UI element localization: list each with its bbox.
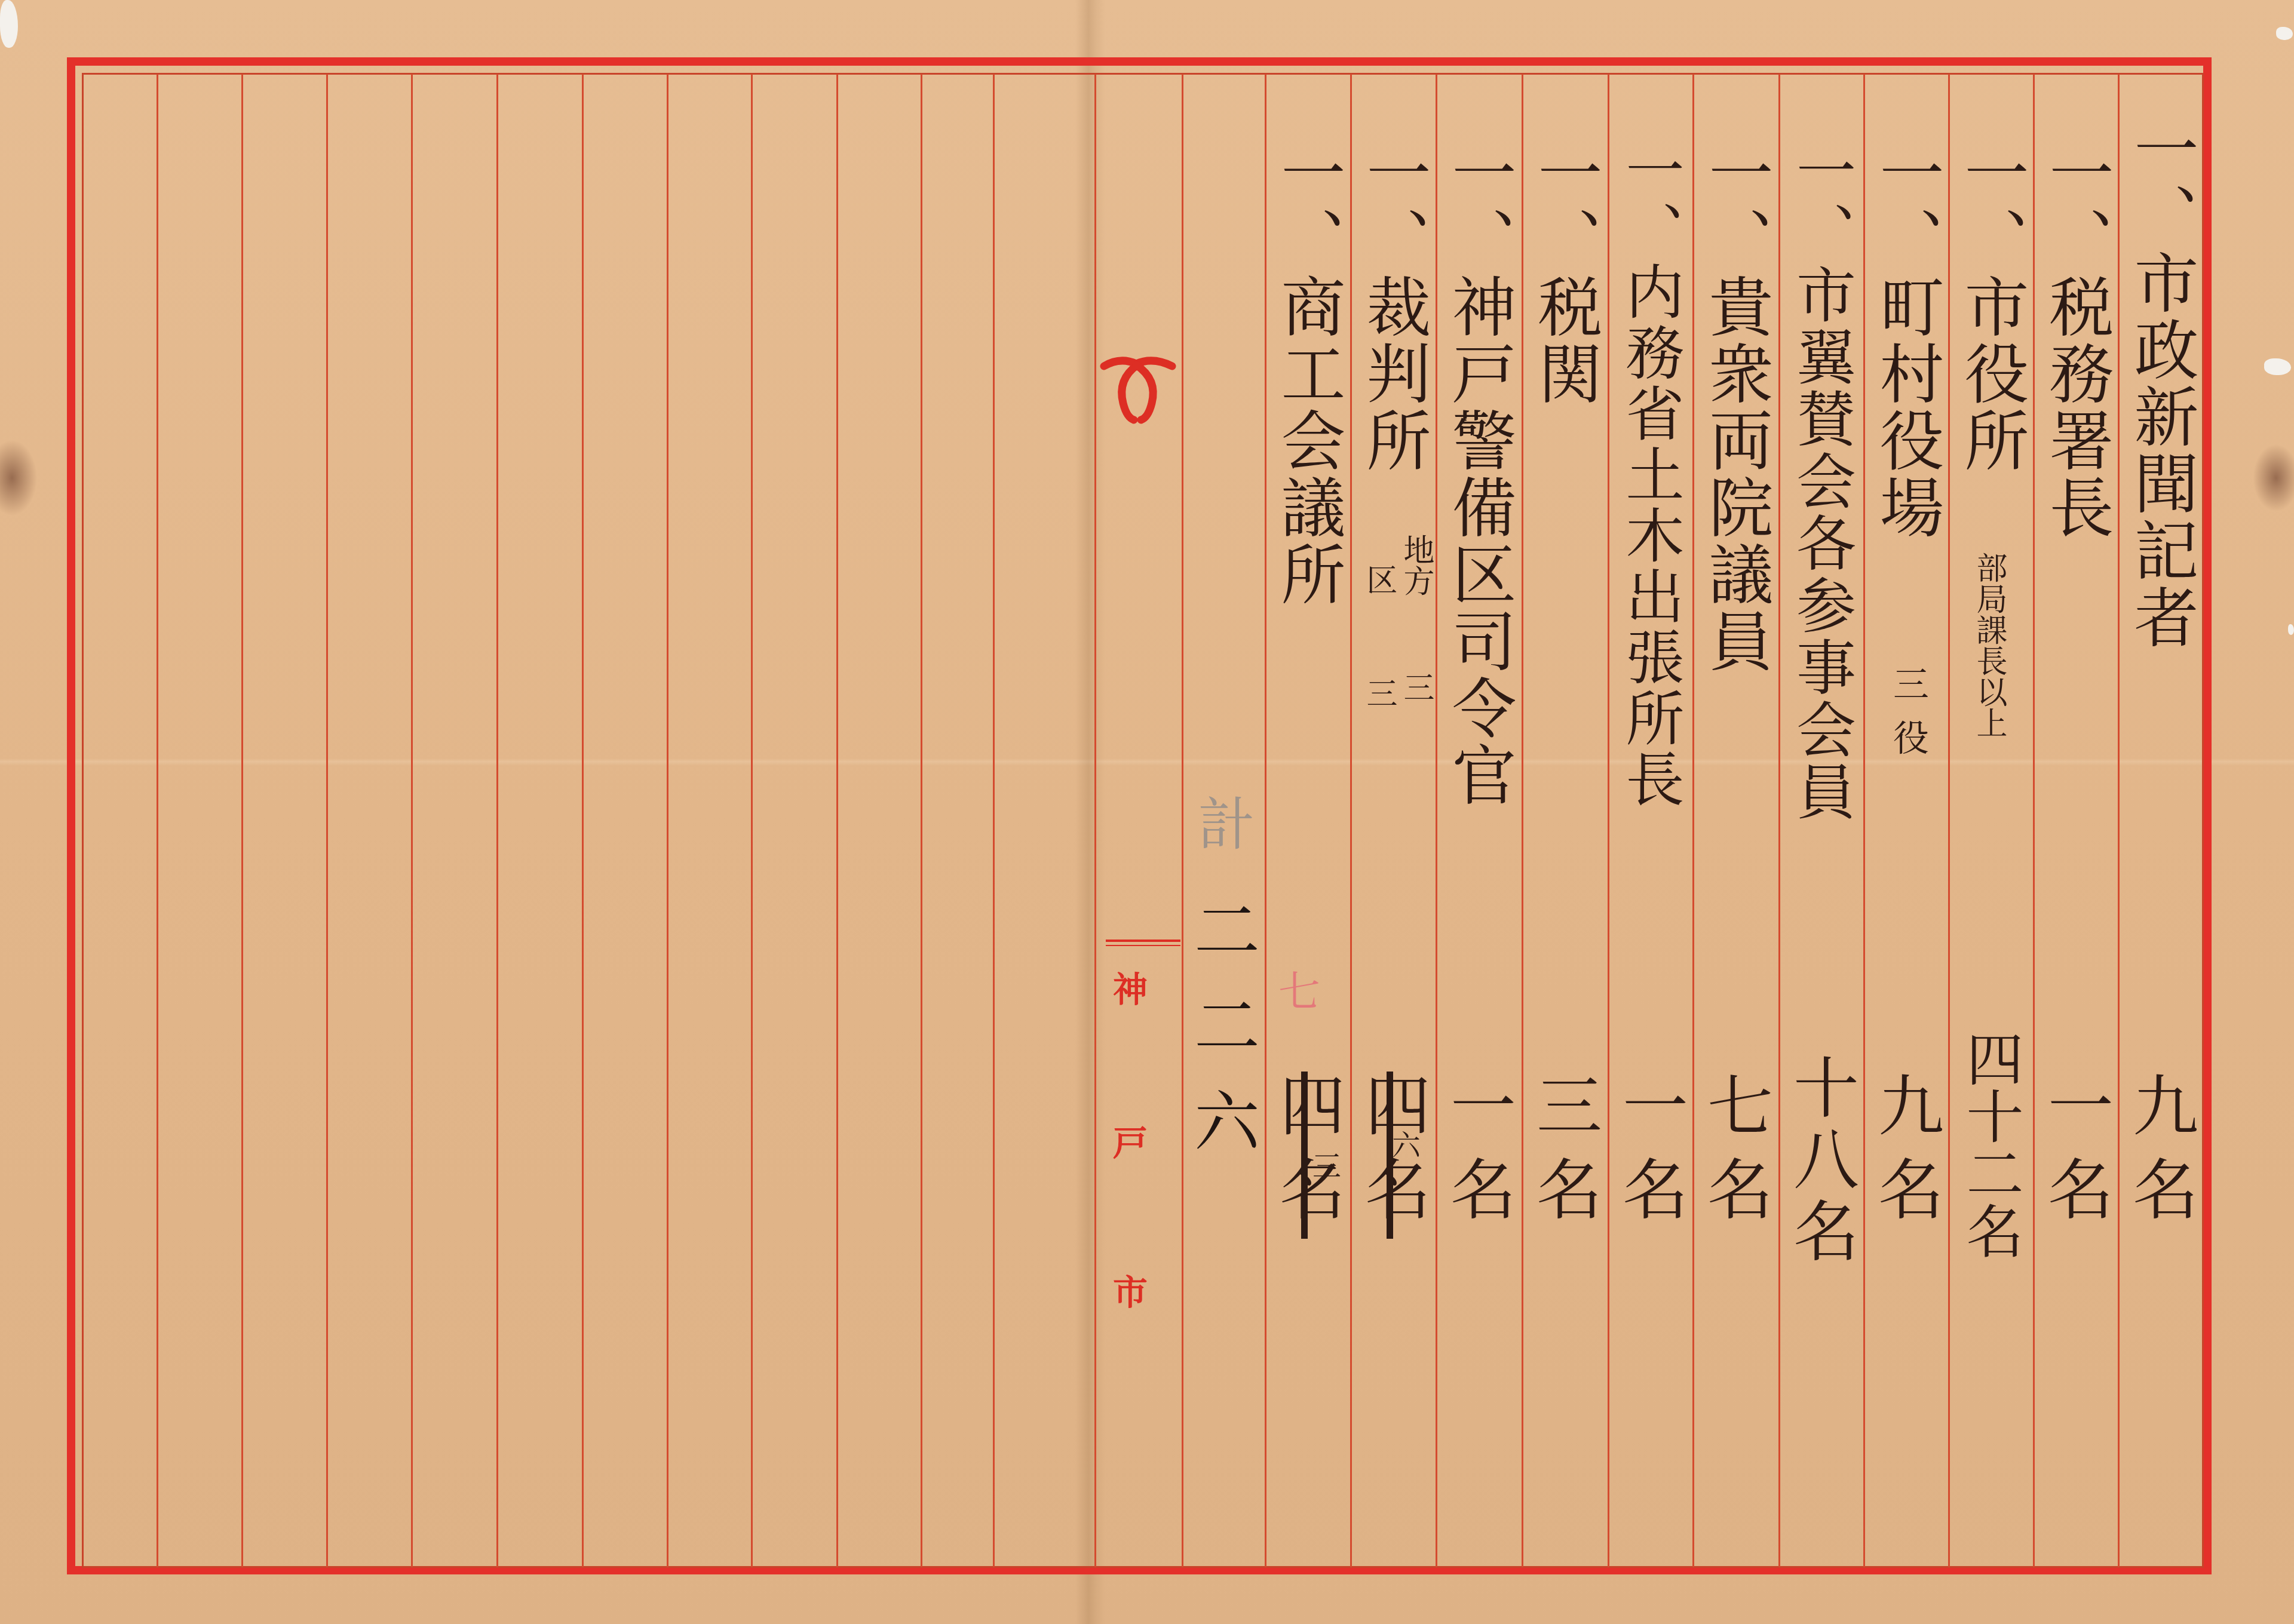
kobe-city-emblem-icon	[1099, 355, 1177, 427]
entry-label: 一、市政新聞記者	[2118, 116, 2203, 651]
entry-note-local-count: 三	[1362, 677, 1396, 708]
column-rule	[667, 74, 668, 1567]
entry-row: 一、内務省土木出張所長 一名	[1608, 74, 1692, 1567]
entry-label: 一、税務署長	[2033, 140, 2118, 541]
column-rule	[326, 74, 328, 1567]
paper-tear	[2276, 27, 2293, 40]
entry-label: 一、貴衆両院議員	[1692, 140, 1777, 675]
entry-count: 三名	[1522, 1072, 1606, 1239]
column-rule	[496, 74, 498, 1567]
letterhead-to: 戸	[1106, 1126, 1154, 1161]
entry-count: 九名	[1863, 1072, 1948, 1239]
entry-count: 一名	[1608, 1072, 1692, 1239]
document-page: 神 戸 市 計 二二六 七 一、市政新聞記者 九名 一、税務署長 一名 一、市役…	[0, 0, 2294, 1624]
entry-count: 十八名	[1778, 1054, 1863, 1269]
entry-row: 一、神戸警備区司令官 一名	[1436, 74, 1520, 1567]
entry-row: 一、町村役場 三役 九名	[1863, 74, 1948, 1567]
total-label: 計	[1186, 794, 1258, 851]
entry-label: 一、市役所	[1948, 140, 2033, 474]
entry-count: 一名	[1436, 1072, 1520, 1239]
entry-row: 一、市役所 部局課長以上 四十二名	[1948, 74, 2033, 1567]
paper-tear	[2264, 358, 2291, 375]
entry-label: 一、市翼賛会各参事会員	[1778, 140, 1863, 823]
column-rule	[157, 74, 158, 1567]
paper-tear	[2288, 624, 2294, 635]
entry-note: 三役	[1890, 665, 1926, 773]
entry-count: 四十二名	[1948, 1030, 2033, 1259]
entry-label: 一、神戸警備区司令官	[1436, 140, 1520, 809]
entry-count: 七名	[1692, 1072, 1777, 1239]
entry-count: 一名	[2033, 1072, 2118, 1239]
entry-label: 一、税関	[1522, 140, 1606, 407]
entry-label: 一、裁判所	[1350, 140, 1435, 474]
column-rule	[751, 74, 753, 1567]
entry-row: 一、市政新聞記者 九名	[2118, 74, 2203, 1567]
entry-note-district-count: 三	[1399, 671, 1433, 702]
entry-note: 部局課長以上	[1972, 552, 2005, 738]
column-rule	[582, 74, 584, 1567]
letterhead-shi: 市	[1106, 1275, 1154, 1310]
paper-tear	[0, 0, 18, 48]
entry-row: 一、貴衆両院議員 七名	[1692, 74, 1777, 1567]
entry-count: 四名	[1265, 1072, 1350, 1239]
column-rule	[836, 74, 838, 1567]
center-strip-rule-left	[1094, 74, 1096, 1567]
entry-label: 一、内務省土木出張所長	[1608, 140, 1692, 810]
entry-count: 九名	[2118, 1072, 2203, 1239]
column-rule	[993, 74, 995, 1567]
column-rule	[241, 74, 243, 1567]
entry-note-local: 区	[1362, 564, 1396, 595]
entry-row: 一、商工会議所 三 四名	[1265, 74, 1350, 1567]
center-double-rule	[1106, 940, 1180, 942]
entry-label: 一、町村役場	[1863, 140, 1948, 541]
column-rule	[411, 74, 413, 1567]
entry-note-district: 地方	[1399, 534, 1433, 596]
center-double-rule	[1106, 945, 1180, 946]
entry-label: 一、商工会議所	[1265, 140, 1350, 608]
entry-row: 一、税関 三名	[1522, 74, 1606, 1567]
entry-count: 四名	[1350, 1072, 1435, 1239]
entry-row: 一、市翼賛会各参事会員 十八名	[1778, 74, 1863, 1567]
letterhead-kami: 神	[1106, 972, 1154, 1007]
entry-row: 一、税務署長 一名	[2033, 74, 2118, 1567]
center-strip-rule-right	[1182, 74, 1183, 1567]
total-value: 二二六	[1186, 896, 1258, 1183]
entry-row: 一、裁判所 地方 三 区 三 六 四名	[1350, 74, 1435, 1567]
column-rule	[921, 74, 922, 1567]
